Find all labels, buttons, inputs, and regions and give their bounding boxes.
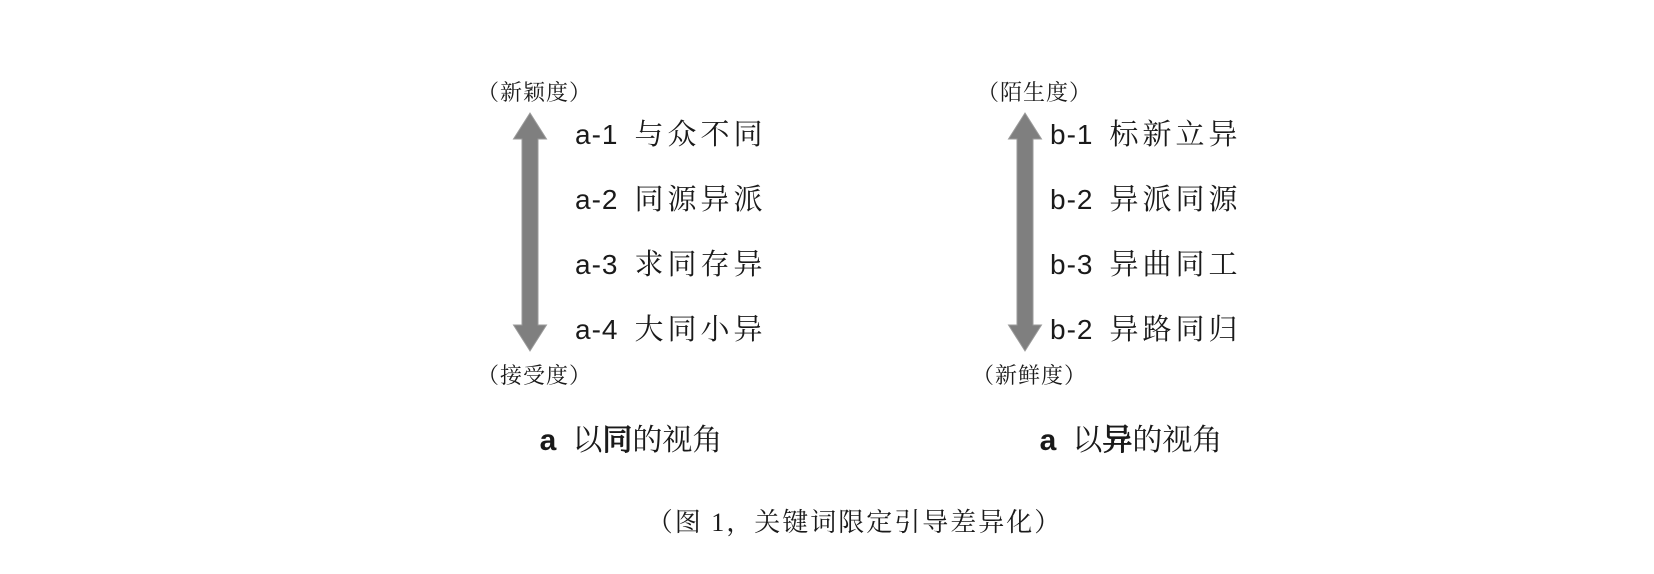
figure-1-keyword-differentiation-diagram: （新颖度） a-1 与众不同 a-2 同源异派 a-3 求同存异 a-4 大同小…: [0, 0, 1654, 574]
panel-b-vertical-double-arrow-icon: [1007, 112, 1043, 352]
item-id: a-2: [575, 184, 618, 216]
caption-suffix: 的视角: [1132, 424, 1222, 457]
panel-b-axis-bottom-label: （新鲜度）: [972, 359, 1087, 390]
panel-a-vertical-double-arrow-icon: [512, 112, 548, 352]
caption-emphasis: 异: [1102, 424, 1132, 457]
panel-a-axis-top-label: （新颖度）: [477, 76, 592, 107]
list-item: b-1 标新立异: [1050, 119, 1241, 151]
item-term: 标新立异: [1109, 119, 1241, 151]
list-item: a-4 大同小异: [575, 314, 766, 346]
item-term: 大同小异: [634, 314, 766, 346]
caption-suffix: 的视角: [632, 424, 722, 457]
item-id: b-2: [1050, 314, 1093, 346]
list-item: b-3 异曲同工: [1050, 249, 1241, 281]
list-item: a-1 与众不同: [575, 119, 766, 151]
panel-a-axis-bottom-label: （接受度）: [477, 359, 592, 390]
item-term: 求同存异: [634, 249, 766, 281]
item-id: b-2: [1050, 184, 1093, 216]
caption-pre: 以: [1072, 424, 1102, 457]
panel-a-item-list: a-1 与众不同 a-2 同源异派 a-3 求同存异 a-4 大同小异: [575, 119, 766, 346]
item-id: a-1: [575, 119, 618, 151]
list-item: a-3 求同存异: [575, 249, 766, 281]
item-term: 异派同源: [1109, 184, 1241, 216]
item-term: 同源异派: [634, 184, 766, 216]
panel-b-axis-top-label: （陌生度）: [977, 76, 1092, 107]
list-item: a-2 同源异派: [575, 184, 766, 216]
item-term: 与众不同: [634, 119, 766, 151]
item-term: 异路同归: [1109, 314, 1241, 346]
figure-caption: （图 1，关键词限定引导差异化）: [602, 502, 1107, 539]
item-id: a-4: [575, 314, 618, 346]
panel-b-item-list: b-1 标新立异 b-2 异派同源 b-3 异曲同工 b-2 异路同归: [1050, 119, 1241, 346]
item-term: 异曲同工: [1109, 249, 1241, 281]
panel-a-caption: a以同的视角: [491, 424, 771, 458]
item-id: b-1: [1050, 119, 1093, 151]
caption-pre: 以: [572, 424, 602, 457]
list-item: b-2 异派同源: [1050, 184, 1241, 216]
caption-emphasis: 同: [602, 424, 632, 457]
item-id: b-3: [1050, 249, 1093, 281]
list-item: b-2 异路同归: [1050, 314, 1241, 346]
caption-lead: a: [540, 424, 557, 457]
panel-b-caption: a以异的视角: [991, 424, 1271, 458]
caption-lead: a: [1040, 424, 1057, 457]
item-id: a-3: [575, 249, 618, 281]
